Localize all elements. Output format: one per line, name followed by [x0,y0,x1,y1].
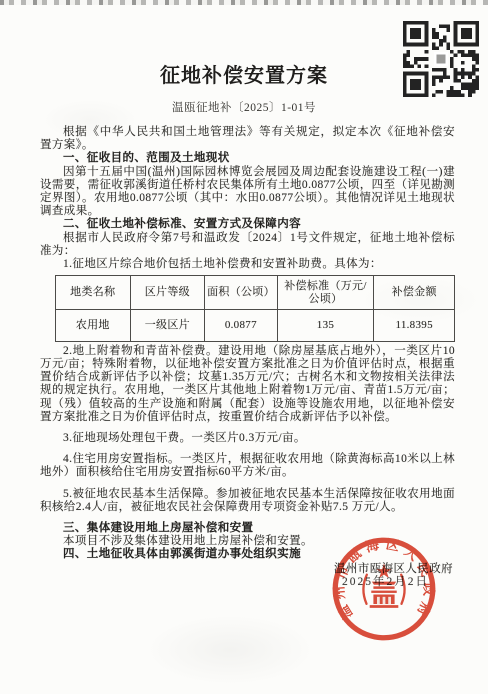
issuer-signature: 温州市瓯海区人民政府 [40,563,455,576]
col-header-amount: 补偿金额 [374,276,455,310]
table-row: 农用地 一级区片 0.0877 135 11.8395 [56,310,455,342]
section1-heading: 一、征收目的、范围及土地现状 [40,152,455,165]
cell-standard: 135 [277,310,374,342]
intro-paragraph: 根据《中华人民共和国土地管理法》等有关规定，拟定本次《征地补偿安置方案》。 [40,126,455,152]
col-header-standard: 补偿标准（万元/公顷） [277,276,374,310]
section2-item5: 5.被征地农民基本生活保障。参加被征地农民基本生活保障按征收农用地面积核给2.4… [40,488,455,514]
cell-zone-grade: 一级区片 [130,310,205,342]
table-header-row: 地类名称 区片等级 面积（公顷） 补偿标准（万元/公顷） 补偿金额 [56,276,455,310]
col-header-zone-grade: 区片等级 [130,276,205,310]
cell-area: 0.0877 [205,310,278,342]
section2-item2: 2.地上附着物和青苗补偿费。建设用地（除房屋基底占地外），一类区片10万元/亩；… [40,345,455,424]
section3-heading: 三、集体建设用地上房屋补偿和安置 [40,522,455,535]
scan-artifact-band [0,0,488,5]
cell-land-type: 农用地 [56,310,131,342]
section1-body: 因第十五届中国(温州)国际园林博览会展园及周边配套设施建设工程(一)建设需要，需… [40,166,455,219]
qr-code-matrix [399,21,483,97]
col-header-area: 面积（公顷） [205,276,278,310]
issue-date: 2025年2月2日 [40,576,455,589]
compensation-table: 地类名称 区片等级 面积（公顷） 补偿标准（万元/公顷） 补偿金额 农用地 一级… [55,275,455,342]
section2-item4: 4.住宅用房安置指标。一类区片，根据征收农用地（除黄海标高10米以上林地外）面积… [40,453,455,479]
qr-code-icon [399,21,483,97]
section4-heading: 四、土地征收具体由郭溪街道办事处组织实施 [40,548,455,561]
section2-heading: 二、征收土地补偿标准、安置方式及保障内容 [40,218,455,231]
section2-item3: 3.征地现场处理包干费。一类区片0.3万元/亩。 [40,432,455,445]
col-header-land-type: 地类名称 [56,276,131,310]
section2-intro: 根据市人民政府令第7号和温政发〔2024〕1号文件规定，征地土地补偿标准为： [40,232,455,258]
section2-item1-lead: 1.征地区片综合地价包括土地补偿费和安置补助费。具体为： [40,258,455,271]
section3-body: 本项目不涉及集体建设用地上房屋补偿和安置。 [40,535,455,548]
cell-amount: 11.8395 [374,310,455,342]
scanned-document-page: 征地补偿安置方案 温瓯征地补〔2025〕1-01号 根据《中华人民共和国土地管理… [0,0,488,694]
document-body: 根据《中华人民共和国土地管理法》等有关规定，拟定本次《征地补偿安置方案》。 一、… [0,115,488,589]
